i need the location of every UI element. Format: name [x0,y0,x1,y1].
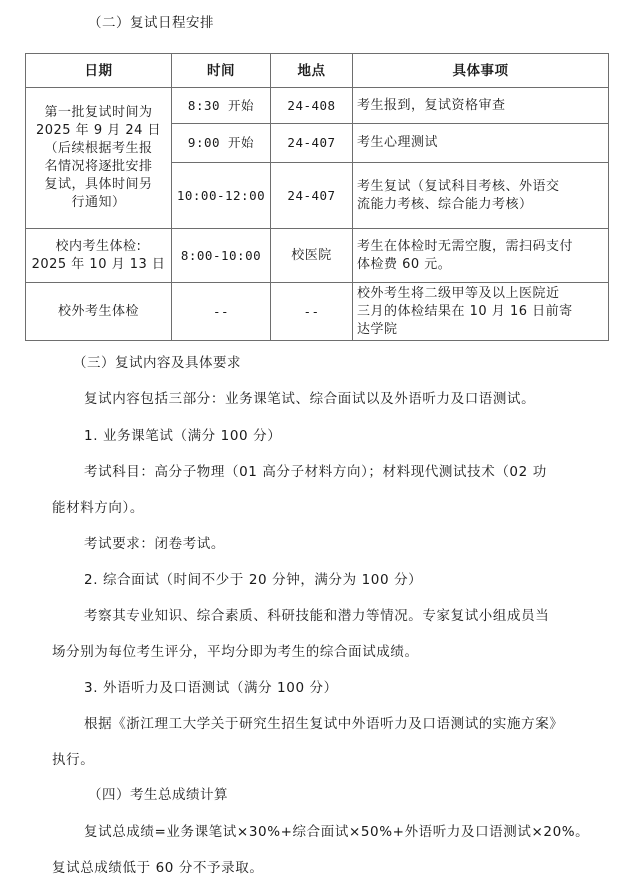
date-line: 复试，具体时间另 [30,176,167,194]
offcampus-exam-date-cell: 校外考生体检 [26,283,172,341]
part-1-title: 1. 业务课笔试（满分 100 分） [84,424,281,444]
place-cell: 校医院 [271,229,353,283]
date-line: 第一批复试时间为 [30,104,167,122]
details-cell: 考生心理测试 [353,124,609,163]
time-cell: 10:00-12:00 [172,163,271,229]
table-row: 校内考生体检: 2025 年 10 月 13 日 8:00-10:00 校医院 … [26,229,609,283]
details-line: 三月的体检结果在 10 月 16 日前寄 [357,303,604,321]
date-line: 校内考生体检: [30,238,167,256]
header-place: 地点 [271,54,353,88]
details-line: 体检费 60 元。 [357,256,604,274]
part-3-desc-line-1: 根据《浙江理工大学关于研究生招生复试中外语听力及口语测试的实施方案》 [84,712,563,732]
header-time: 时间 [172,54,271,88]
details-line: 考生复试（复试科目考核、外语交 [357,178,604,196]
part-3-desc-line-2: 执行。 [52,748,94,768]
schedule-table: 日期 时间 地点 具体事项 第一批复试时间为 2025 年 9 月 24 日 （… [25,53,609,341]
details-line: 达学院 [357,321,604,339]
campus-exam-date-cell: 校内考生体检: 2025 年 10 月 13 日 [26,229,172,283]
time-cell: 9:00 开始 [172,124,271,163]
place-cell: -- [271,283,353,341]
first-batch-date-cell: 第一批复试时间为 2025 年 9 月 24 日 （后续根据考生报 名情况将逐批… [26,88,172,229]
table-row: 校外考生体检 -- -- 校外考生将二级甲等及以上医院近 三月的体检结果在 10… [26,283,609,341]
date-line: 名情况将逐批安排 [30,158,167,176]
time-cell: -- [172,283,271,341]
part-1-subjects-line-1: 考试科目：高分子物理（01 高分子材料方向）；材料现代测试技术（02 功 [84,460,547,480]
admission-rule: 复试总成绩低于 60 分不予录取。 [52,856,263,876]
part-1-requirement: 考试要求：闭卷考试。 [84,532,225,552]
place-cell: 24-407 [271,163,353,229]
date-line: 行通知） [30,194,167,212]
place-cell: 24-408 [271,88,353,124]
part-2-desc-line-1: 考察其专业知识、综合素质、科研技能和潜力等情况。专家复试小组成员当 [84,604,549,624]
date-line: （后续根据考生报 [30,140,167,158]
details-cell: 考生在体检时无需空腹，需扫码支付 体检费 60 元。 [353,229,609,283]
part-1-subjects-line-2: 能材料方向）。 [52,496,144,516]
table-header-row: 日期 时间 地点 具体事项 [26,54,609,88]
time-cell: 8:30 开始 [172,88,271,124]
place-cell: 24-407 [271,124,353,163]
table-row: 第一批复试时间为 2025 年 9 月 24 日 （后续根据考生报 名情况将逐批… [26,88,609,124]
time-cell: 8:00-10:00 [172,229,271,283]
part-2-desc-line-2: 场分别为每位考生评分，平均分即为考生的综合面试成绩。 [52,640,419,660]
section-4-heading: （四）考生总成绩计算 [88,783,228,803]
part-3-title: 3. 外语听力及口语测试（满分 100 分） [84,676,338,696]
section-3-heading: （三）复试内容及具体要求 [73,351,241,371]
date-line: 2025 年 9 月 24 日 [30,122,167,140]
details-cell: 校外考生将二级甲等及以上医院近 三月的体检结果在 10 月 16 日前寄 达学院 [353,283,609,341]
header-date: 日期 [26,54,172,88]
details-cell: 考生报到，复试资格审查 [353,88,609,124]
header-details: 具体事项 [353,54,609,88]
score-formula: 复试总成绩=业务课笔试×30%+综合面试×50%+外语听力及口语测试×20%。 [84,820,589,840]
section-3-intro: 复试内容包括三部分：业务课笔试、综合面试以及外语听力及口语测试。 [84,387,535,407]
details-line: 流能力考核、综合能力考核） [357,196,604,214]
section-2-heading: （二）复试日程安排 [88,11,214,31]
date-line: 2025 年 10 月 13 日 [30,256,167,274]
details-line: 考生在体检时无需空腹，需扫码支付 [357,238,604,256]
details-line: 校外考生将二级甲等及以上医院近 [357,285,604,303]
part-2-title: 2. 综合面试（时间不少于 20 分钟，满分为 100 分） [84,568,422,588]
details-cell: 考生复试（复试科目考核、外语交 流能力考核、综合能力考核） [353,163,609,229]
